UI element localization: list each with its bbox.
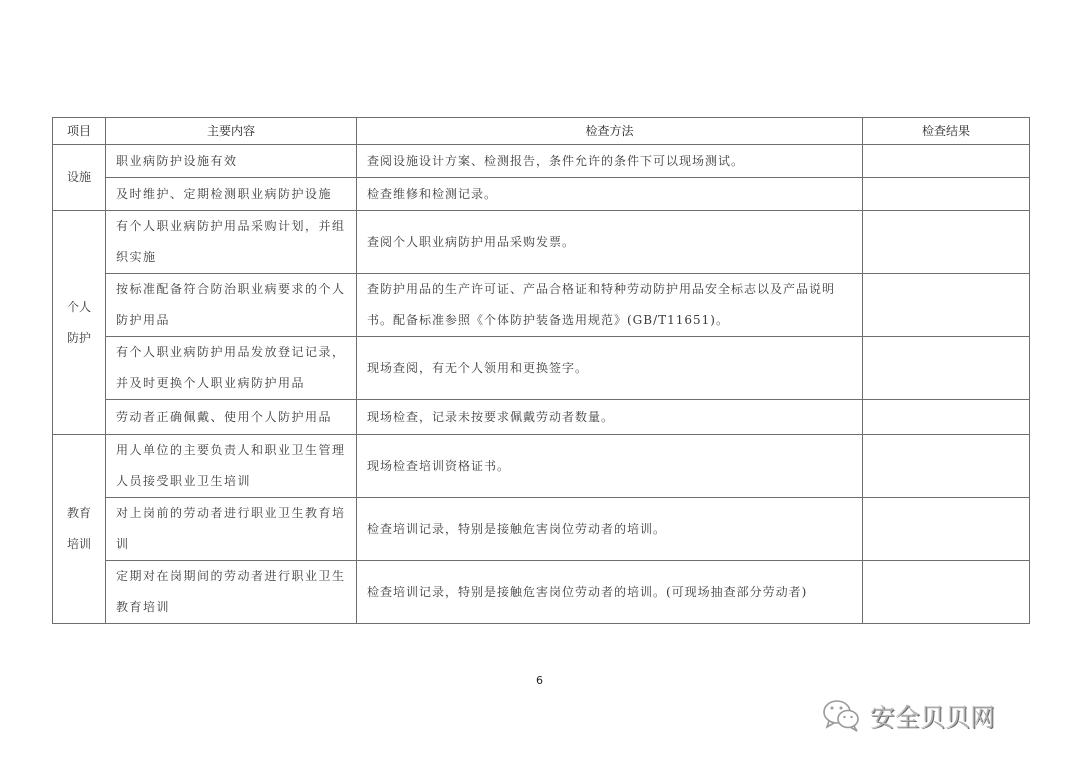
result-cell[interactable]: [863, 337, 1030, 400]
table-row: 对上岗前的劳动者进行职业卫生教育培训 检查培训记录，特别是接触危害岗位劳动者的培…: [53, 498, 1030, 561]
result-cell[interactable]: [863, 561, 1030, 624]
content-cell: 按标准配备符合防治职业病要求的个人防护用品: [106, 274, 357, 337]
result-cell[interactable]: [863, 178, 1030, 211]
content-cell: 对上岗前的劳动者进行职业卫生教育培训: [106, 498, 357, 561]
method-cell: 检查培训记录，特别是接触危害岗位劳动者的培训。: [357, 498, 863, 561]
method-cell: 现场检查培训资格证书。: [357, 435, 863, 498]
header-category: 项目: [53, 118, 106, 145]
watermark: 安全贝贝网: [822, 698, 995, 734]
table-row: 劳动者正确佩戴、使用个人防护用品 现场检查，记录未按要求佩戴劳动者数量。: [53, 400, 1030, 435]
header-method: 检查方法: [357, 118, 863, 145]
method-cell: 检查维修和检测记录。: [357, 178, 863, 211]
result-cell[interactable]: [863, 274, 1030, 337]
header-content: 主要内容: [106, 118, 357, 145]
header-result: 检查结果: [863, 118, 1030, 145]
content-cell: 劳动者正确佩戴、使用个人防护用品: [106, 400, 357, 435]
content-cell: 及时维护、定期检测职业病防护设施: [106, 178, 357, 211]
table-row: 有个人职业病防护用品发放登记记录，并及时更换个人职业病防护用品 现场查阅，有无个…: [53, 337, 1030, 400]
content-cell: 有个人职业病防护用品采购计划，并组织实施: [106, 211, 357, 274]
inspection-table: 项目 主要内容 检查方法 检查结果 设施 职业病防护设施有效 查阅设施设计方案、…: [52, 117, 1030, 624]
content-cell: 定期对在岗期间的劳动者进行职业卫生教育培训: [106, 561, 357, 624]
table-row: 定期对在岗期间的劳动者进行职业卫生教育培训 检查培训记录，特别是接触危害岗位劳动…: [53, 561, 1030, 624]
method-cell: 查阅设施设计方案、检测报告，条件允许的条件下可以现场测试。: [357, 145, 863, 178]
category-education-training: 教育 培训: [53, 435, 106, 624]
result-cell[interactable]: [863, 498, 1030, 561]
category-label: 设施: [67, 170, 91, 184]
result-cell[interactable]: [863, 435, 1030, 498]
content-cell: 职业病防护设施有效: [106, 145, 357, 178]
content-cell: 用人单位的主要负责人和职业卫生管理人员接受职业卫生培训: [106, 435, 357, 498]
category-label-line: 个人: [53, 292, 105, 323]
table-row: 设施 职业病防护设施有效 查阅设施设计方案、检测报告，条件允许的条件下可以现场测…: [53, 145, 1030, 178]
content-cell: 有个人职业病防护用品发放登记记录，并及时更换个人职业病防护用品: [106, 337, 357, 400]
method-cell: 查防护用品的生产许可证、产品合格证和特种劳动防护用品安全标志以及产品说明书。配备…: [357, 274, 863, 337]
result-cell[interactable]: [863, 400, 1030, 435]
page-number: 6: [536, 674, 543, 687]
table-row: 按标准配备符合防治职业病要求的个人防护用品 查防护用品的生产许可证、产品合格证和…: [53, 274, 1030, 337]
category-label-line: 防护: [53, 323, 105, 354]
category-facilities: 设施: [53, 145, 106, 211]
category-personal-protection: 个人 防护: [53, 211, 106, 435]
result-cell[interactable]: [863, 211, 1030, 274]
category-label-line: 教育: [53, 498, 105, 529]
method-cell: 查阅个人职业病防护用品采购发票。: [357, 211, 863, 274]
category-label-line: 培训: [53, 529, 105, 560]
method-cell: 现场检查，记录未按要求佩戴劳动者数量。: [357, 400, 863, 435]
method-cell: 现场查阅，有无个人领用和更换签字。: [357, 337, 863, 400]
table-row: 教育 培训 用人单位的主要负责人和职业卫生管理人员接受职业卫生培训 现场检查培训…: [53, 435, 1030, 498]
table-row: 及时维护、定期检测职业病防护设施 检查维修和检测记录。: [53, 178, 1030, 211]
wechat-icon: [822, 699, 864, 733]
method-cell: 检查培训记录，特别是接触危害岗位劳动者的培训。(可现场抽查部分劳动者): [357, 561, 863, 624]
table-row: 个人 防护 有个人职业病防护用品采购计划，并组织实施 查阅个人职业病防护用品采购…: [53, 211, 1030, 274]
table-header-row: 项目 主要内容 检查方法 检查结果: [53, 118, 1030, 145]
watermark-text: 安全贝贝网: [870, 698, 995, 734]
result-cell[interactable]: [863, 145, 1030, 178]
